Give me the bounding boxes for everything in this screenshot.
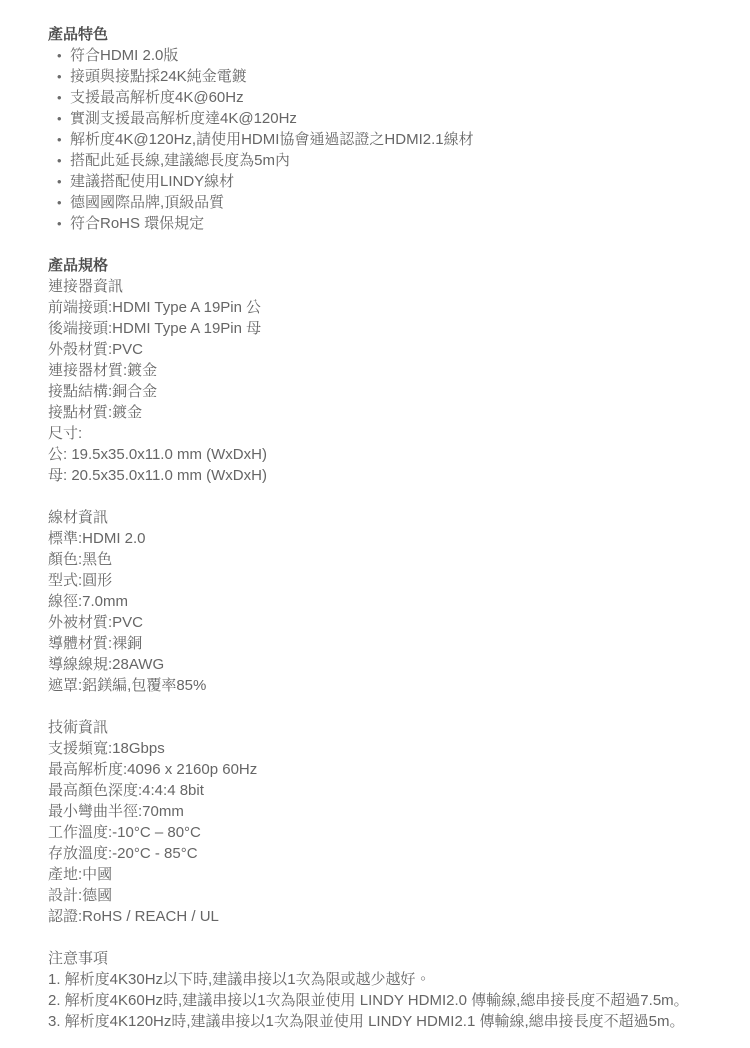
spec-line: 尺寸: (48, 423, 720, 444)
spec-line: 支援頻寬:18Gbps (48, 738, 720, 759)
feature-item: 符合RoHS 環保規定 (70, 213, 720, 234)
spec-line: 公: 19.5x35.0x11.0 mm (WxDxH) (48, 444, 720, 465)
feature-item: 支援最高解析度4K@60Hz (70, 87, 720, 108)
spec-line: 後端接頭:HDMI Type A 19Pin 母 (48, 318, 720, 339)
spec-line: 遮罩:鋁鎂編,包覆率85% (48, 675, 720, 696)
section-notes: 注意事項 1. 解析度4K30Hz以下時,建議串接以1次為限或越少越好。 2. … (48, 948, 720, 1032)
spec-group-connector: 連接器資訊 前端接頭:HDMI Type A 19Pin 公 後端接頭:HDMI… (48, 276, 720, 486)
spec-line: 顏色:黑色 (48, 549, 720, 570)
features-list: 符合HDMI 2.0版 接頭與接點採24K純金電鍍 支援最高解析度4K@60Hz… (48, 45, 720, 234)
connector-title: 連接器資訊 (48, 276, 720, 297)
spec-line: 前端接頭:HDMI Type A 19Pin 公 (48, 297, 720, 318)
spec-line: 母: 20.5x35.0x11.0 mm (WxDxH) (48, 465, 720, 486)
feature-item: 解析度4K@120Hz,請使用HDMI協會通過認證之HDMI2.1線材 (70, 129, 720, 150)
technical-title: 技術資訊 (48, 717, 720, 738)
spec-line: 產地:中國 (48, 864, 720, 885)
features-heading: 產品特色 (48, 24, 720, 45)
note-item: 2. 解析度4K60Hz時,建議串接以1次為限並使用 LINDY HDMI2.0… (48, 990, 720, 1011)
spec-line: 存放溫度:-20°C - 85°C (48, 843, 720, 864)
section-features: 產品特色 符合HDMI 2.0版 接頭與接點採24K純金電鍍 支援最高解析度4K… (48, 24, 720, 234)
spec-line: 設計:德國 (48, 885, 720, 906)
spec-line: 接點材質:鍍金 (48, 402, 720, 423)
spec-line: 最高解析度:4096 x 2160p 60Hz (48, 759, 720, 780)
spec-line: 型式:圓形 (48, 570, 720, 591)
feature-item: 搭配此延長線,建議總長度為5m內 (70, 150, 720, 171)
feature-item: 符合HDMI 2.0版 (70, 45, 720, 66)
spec-line: 外殼材質:PVC (48, 339, 720, 360)
section-specs: 產品規格 連接器資訊 前端接頭:HDMI Type A 19Pin 公 後端接頭… (48, 255, 720, 927)
spec-group-technical: 技術資訊 支援頻寬:18Gbps 最高解析度:4096 x 2160p 60Hz… (48, 717, 720, 927)
feature-item: 接頭與接點採24K純金電鍍 (70, 66, 720, 87)
spec-line: 工作溫度:-10°C – 80°C (48, 822, 720, 843)
specs-heading: 產品規格 (48, 255, 720, 276)
cable-title: 線材資訊 (48, 507, 720, 528)
spec-line: 最小彎曲半徑:70mm (48, 801, 720, 822)
spec-line: 外被材質:PVC (48, 612, 720, 633)
note-item: 3. 解析度4K120Hz時,建議串接以1次為限並使用 LINDY HDMI2.… (48, 1011, 720, 1032)
note-item: 1. 解析度4K30Hz以下時,建議串接以1次為限或越少越好。 (48, 969, 720, 990)
feature-item: 建議搭配使用LINDY線材 (70, 171, 720, 192)
spec-line: 認證:RoHS / REACH / UL (48, 906, 720, 927)
spec-group-cable: 線材資訊 標準:HDMI 2.0 顏色:黑色 型式:圓形 線徑:7.0mm 外被… (48, 507, 720, 696)
product-description-page: 產品特色 符合HDMI 2.0版 接頭與接點採24K純金電鍍 支援最高解析度4K… (0, 0, 750, 1042)
spec-line: 線徑:7.0mm (48, 591, 720, 612)
spec-line: 標準:HDMI 2.0 (48, 528, 720, 549)
feature-item: 實測支援最高解析度達4K@120Hz (70, 108, 720, 129)
notes-heading: 注意事項 (48, 948, 720, 969)
spec-line: 導體材質:裸銅 (48, 633, 720, 654)
spec-line: 接點結構:銅合金 (48, 381, 720, 402)
spec-line: 連接器材質:鍍金 (48, 360, 720, 381)
feature-item: 德國國際品牌,頂級品質 (70, 192, 720, 213)
spec-line: 導線線規:28AWG (48, 654, 720, 675)
spec-line: 最高顏色深度:4:4:4 8bit (48, 780, 720, 801)
